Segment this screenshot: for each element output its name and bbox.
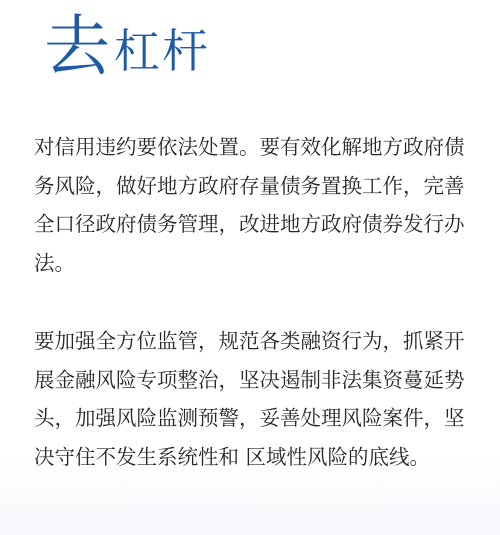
- paragraph-line: 全口径政府债务管理，改进地方政府债券发行办: [34, 205, 474, 244]
- article-body: 对信用违约要依法处置。要有效化解地方政府债 务风险，做好地方政府存量债务置换工作…: [34, 128, 474, 476]
- paragraph-line: 法。: [34, 244, 474, 283]
- paragraph-line: 务风险，做好地方政府存量债务置换工作，完善: [34, 167, 474, 206]
- title-big-char: 去: [44, 14, 110, 80]
- paragraph-1: 对信用违约要依法处置。要有效化解地方政府债 务风险，做好地方政府存量债务置换工作…: [34, 128, 474, 282]
- paragraph-line: 对信用违约要依法处置。要有效化解地方政府债: [34, 128, 474, 167]
- title-rest: 杠杆: [114, 28, 210, 80]
- paragraph-line: 头，加强风险监测预警，妥善处理风险案件，坚: [34, 399, 474, 438]
- paragraph-2: 要加强全方位监管，规范各类融资行为，抓紧开 展金融风险专项整治，坚决遏制非法集资…: [34, 322, 474, 476]
- paragraph-line: 展金融风险专项整治，坚决遏制非法集资蔓延势: [34, 361, 474, 400]
- paragraph-line: 要加强全方位监管，规范各类融资行为，抓紧开: [34, 322, 474, 361]
- paragraph-line: 决守住不发生系统性和 区域性风险的底线。: [34, 438, 474, 477]
- page-title: 去 杠杆: [44, 14, 210, 80]
